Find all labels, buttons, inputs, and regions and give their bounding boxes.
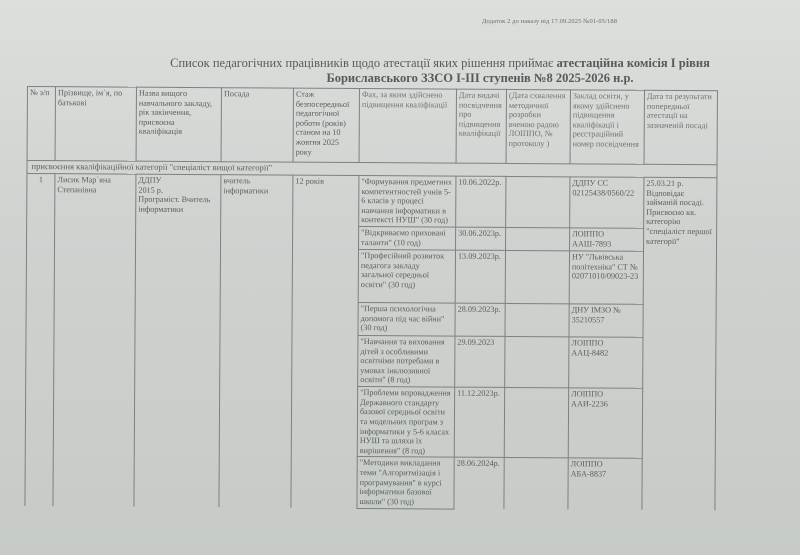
header-issue-date: Дата видачі посвідчення про підвищення к… xyxy=(456,89,506,163)
course-approval xyxy=(504,458,568,509)
course-approval xyxy=(506,176,570,227)
appendix-note: Додаток 2 до наказу від 17.09.2025 №01-0… xyxy=(482,18,617,25)
person-name: Лисик Мар`яна Степанівна xyxy=(53,174,136,507)
document-title-line-2: Бориславського ЗЗСО І-ІІІ ступенів №8 20… xyxy=(80,71,800,86)
course-issue-date: 28.06.2024р. xyxy=(454,458,504,509)
title-normal-part: Список педагогічних працівників щодо ате… xyxy=(170,56,556,70)
course-name: "Навчання та виховання дітей з особливим… xyxy=(358,336,455,388)
header-institution: Назва вищого навчального закладу, рік за… xyxy=(136,87,221,162)
header-previous-attestation: Дата та результати попередньої атестації… xyxy=(644,90,717,164)
header-experience: Стаж безпосередньої педагогічної роботи … xyxy=(293,88,359,162)
course-institution-cert: ЛОІППО ААИ-2236 xyxy=(568,388,642,459)
course-institution-cert: НУ "Львівська політехніка" СТ № 02071010… xyxy=(569,251,643,304)
header-institution-cert: Заклад освіти, у якому здійснено підвище… xyxy=(570,90,644,164)
course-name: "Проблеми впровадження Державного станда… xyxy=(357,387,454,458)
title-bold-part: атестаційна комісія І рівня xyxy=(557,56,710,70)
course-issue-date: 11.12.2023р. xyxy=(454,387,504,458)
header-position: Посада xyxy=(221,88,293,162)
person-position: вчитель інформатики xyxy=(219,175,293,508)
attestation-table: № з/п Прізвище, ім`я, по батькові Назва … xyxy=(24,86,718,511)
document-title-line-1: Список педагогічних працівників щодо ате… xyxy=(40,56,800,71)
header-course: Фах, за яким здійснено підвищення кваліф… xyxy=(359,89,456,164)
qualification: Програміст. Вчитель інформатики xyxy=(138,195,218,215)
row-number: 1 xyxy=(25,174,55,507)
table-header-row: № з/п Прізвище, ім`я, по батькові Назва … xyxy=(27,87,717,165)
person-experience: 12 років xyxy=(291,175,359,508)
course-institution-cert: ЛОІППО АБА-8837 xyxy=(568,458,642,510)
header-number: № з/п xyxy=(27,87,55,161)
header-approval: (Дата схвалення методичної розробки вчен… xyxy=(506,89,570,163)
course-approval xyxy=(506,227,570,250)
course-approval xyxy=(504,388,568,459)
course-institution-cert: ЛОІППО ААЦ-8482 xyxy=(569,337,643,388)
course-institution-cert: ЛОІППО ААШ-7893 xyxy=(570,228,644,251)
course-name: "Методики викладання теми "Алгоритмізаці… xyxy=(357,457,454,509)
course-name: "Формування предметних компетентностей у… xyxy=(359,176,456,228)
header-full-name: Прізвище, ім`я, по батькові xyxy=(55,87,136,161)
course-approval xyxy=(505,304,569,337)
course-institution-cert: ДНУ ІМЗО № 35210557 xyxy=(569,304,643,337)
course-institution-cert: ДДПУ СС 02125438/0560/22 xyxy=(570,177,644,228)
document-page: Додаток 2 до наказу від 17.09.2025 №01-0… xyxy=(0,0,800,555)
course-approval xyxy=(505,337,569,388)
course-issue-date: 13.09.2023р. xyxy=(455,250,505,303)
course-issue-date: 28.09.2023р. xyxy=(455,303,505,336)
course-name: "Перша психологічна допомога під час вій… xyxy=(358,303,455,337)
course-name: "Професійний розвиток педагога закладу з… xyxy=(358,250,455,304)
table-row: 1 Лисик Мар`яна Степанівна ДДПУ 2015 р. … xyxy=(27,174,717,229)
person-institution: ДДПУ 2015 р. Програміст. Вчитель інформа… xyxy=(134,174,221,507)
previous-attestation: 25.03.21 р. Відповідає займаній посаді. … xyxy=(642,177,717,510)
course-issue-date: 10.06.2022р. xyxy=(456,176,506,227)
course-issue-date: 30.06.2023р. xyxy=(456,227,506,250)
course-name: "Відкриваємо приховані таланти" (10 год) xyxy=(359,227,456,251)
graduation-year: 2015 р. xyxy=(138,185,218,195)
institution-name: ДДПУ xyxy=(138,176,218,186)
course-approval xyxy=(505,250,569,303)
course-issue-date: 29.09.2023 xyxy=(455,336,505,387)
